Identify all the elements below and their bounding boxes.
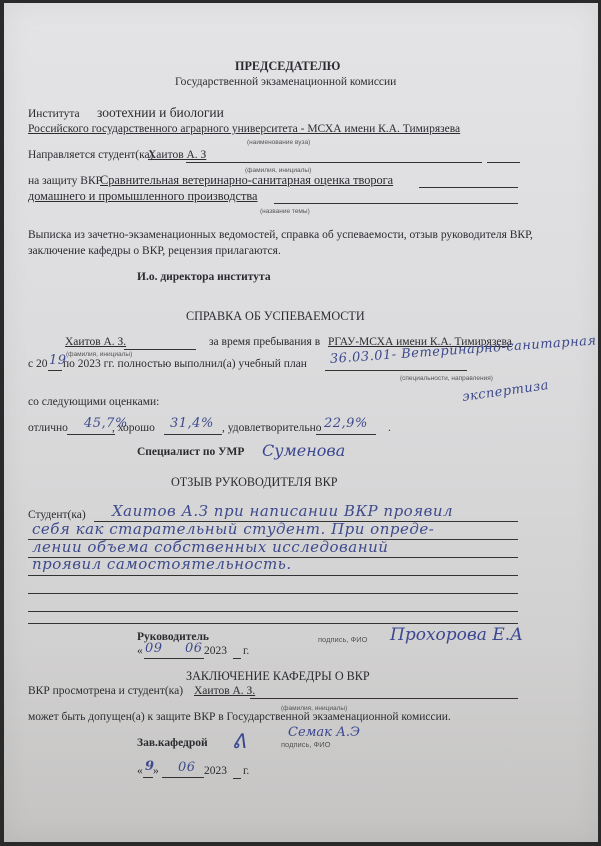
addressee-title: ПРЕДСЕДАТЕЛЮ: [235, 59, 340, 74]
review-line-4: проявил самостоятельность.: [32, 555, 292, 573]
good-value: 31,4%: [170, 416, 214, 431]
performance-student: Хаитов А. З.: [65, 336, 126, 348]
supervisor-signature-caption: подпись, ФИО: [318, 635, 367, 644]
head-date-close: »: [153, 765, 159, 777]
satisfactory-label: , удовлетворительно: [222, 422, 322, 434]
supervisor-date-suffix: г.: [243, 645, 249, 657]
document-page: ПРЕДСЕДАТЕЛЮ Государственной экзаменацио…: [4, 3, 598, 842]
satisfactory-value: 22,9%: [324, 416, 368, 431]
head-date-month: 06: [178, 760, 196, 775]
supervisor-date-open: «: [137, 645, 143, 657]
supervisor-signature: Прохорова Е.А: [390, 625, 523, 645]
conclusion-student-underline: [250, 698, 518, 699]
addressee-subtitle: Государственной экзаменационной комиссии: [175, 76, 396, 88]
conclusion-student: Хаитов А. З.: [194, 685, 255, 697]
conclusion-reviewed-text: ВКР просмотрена и студент(ка): [28, 685, 183, 697]
grades-label: со следующими оценками:: [28, 396, 159, 408]
institute-value: зоотехнии и биологии: [97, 105, 224, 121]
review-rule-7: [28, 623, 518, 624]
performance-student-caption: (фамилия, инициалы): [66, 351, 132, 358]
specialist-label: Специалист по УМР: [137, 446, 244, 458]
conclusion-title: ЗАКЛЮЧЕНИЕ КАФЕДРЫ О ВКР: [186, 669, 370, 684]
head-signature-caption: подпись, ФИО: [281, 740, 330, 749]
topic-line-1: Сравнительная ветеринарно-санитарная оце…: [100, 173, 393, 188]
supervisor-date-month: 06: [185, 641, 203, 656]
head-date-year: 2023: [204, 765, 227, 777]
head-month-underline: [162, 777, 204, 778]
referral-student: Хаитов А. З: [148, 149, 206, 161]
review-title: ОТЗЫВ РУКОВОДИТЕЛЯ ВКР: [171, 475, 338, 490]
performance-title: СПРАВКА ОБ УСПЕВАЕМОСТИ: [186, 309, 365, 324]
student-underline: [186, 162, 482, 163]
attachments-text-2: заключение кафедры о ВКР, рецензия прила…: [28, 245, 281, 257]
head-day-underline: [143, 777, 153, 778]
year-underline: [48, 370, 62, 371]
head-signature-mark: ᕕ: [232, 729, 246, 753]
good-label: , хорошо: [112, 422, 155, 434]
topic-underline-1: [419, 187, 518, 188]
specialty-line-2: экспертиза: [461, 378, 550, 405]
review-line-3: лении объема собственных исследований: [32, 538, 388, 556]
head-signature-name: Семак А.Э: [288, 725, 360, 740]
satisfactory-underline: [316, 434, 376, 435]
student-underline-tail: [487, 162, 520, 163]
head-of-department-label: Зав.кафедрой: [137, 737, 208, 749]
attachments-text-1: Выписка из зачетно-экзаменационных ведом…: [28, 229, 533, 241]
university-caption: (наименование вуза): [247, 139, 310, 146]
stay-text: за время пребывания в: [209, 336, 320, 348]
topic-line-2: домашнего и промышленного производства: [28, 189, 258, 204]
topic-underline-2: [274, 203, 518, 204]
supervisor-date-year: 2023: [204, 645, 227, 657]
review-rule-6: [28, 611, 518, 612]
review-line-1: Хаитов А.З при написании ВКР проявил: [112, 502, 453, 520]
excellent-label: отлично: [28, 422, 68, 434]
admission-text: может быть допущен(а) к защите ВКР в Гос…: [28, 711, 451, 723]
years-prefix: с 20: [28, 358, 47, 370]
supervisor-date-day: 09: [145, 641, 163, 656]
performance-student-underline: [124, 349, 196, 350]
institute-label: Института: [28, 108, 80, 120]
defense-label: на защиту ВКР: [28, 175, 102, 187]
grades-end-dot: .: [388, 422, 391, 434]
specialty-underline: [325, 370, 467, 371]
good-underline: [164, 434, 222, 435]
specialist-signature: Суменова: [262, 441, 345, 460]
years-suffix: по 2023 гг. полностью выполнил(а) учебны…: [63, 358, 307, 370]
review-rule-5: [28, 593, 518, 594]
review-rule-4: [28, 575, 518, 576]
review-line-2: себя как старательный студент. При опред…: [32, 520, 434, 538]
specialty-caption: (специальности, направления): [400, 375, 493, 382]
supervisor-year-underline: [233, 658, 241, 659]
head-year-underline: [233, 778, 241, 779]
excellent-underline: [67, 434, 115, 435]
director-label: И.о. директора института: [137, 271, 271, 283]
supervisor-date-underline: [144, 658, 204, 659]
referral-label: Направляется студент(ка): [28, 149, 153, 161]
topic-caption: (название темы): [260, 208, 310, 215]
university-name: Российского государственного аграрного у…: [28, 123, 460, 135]
head-date-open: «: [137, 765, 143, 777]
head-date-suffix: г.: [243, 765, 249, 777]
